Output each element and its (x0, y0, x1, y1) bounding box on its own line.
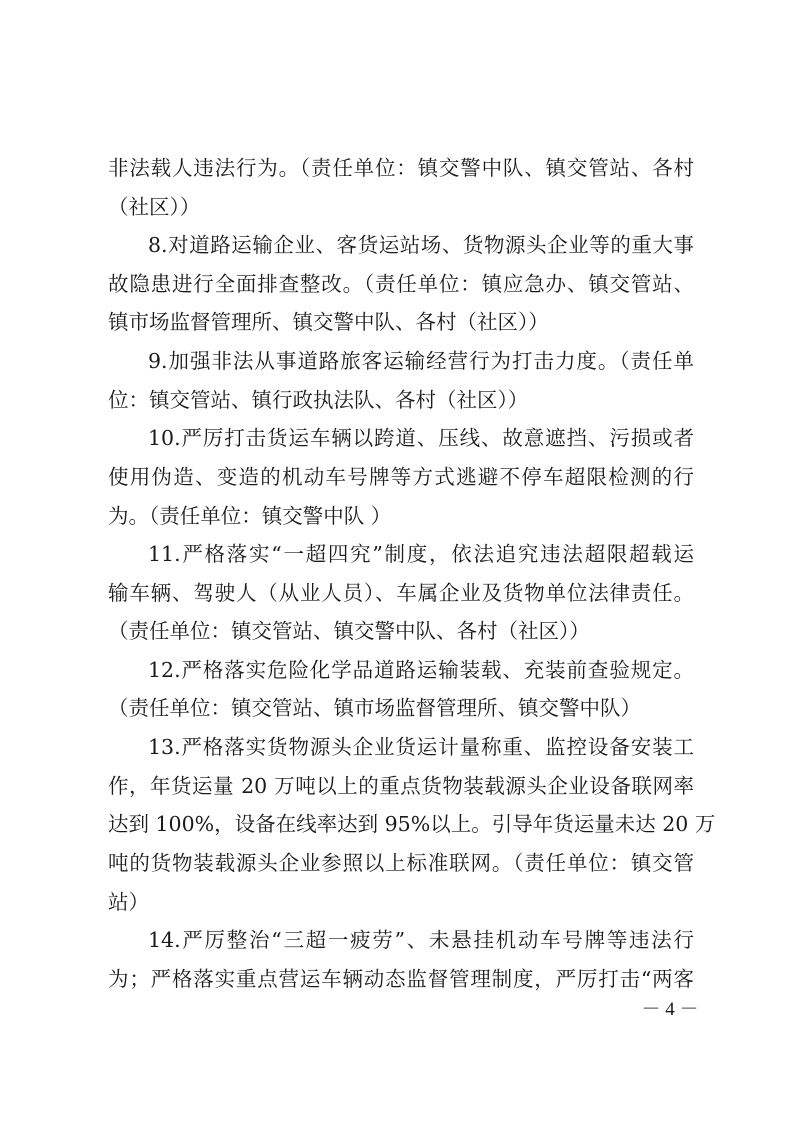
text-line: 输车辆、驾驶人（从业人员）、车属企业及货物单位法律责任。 (108, 578, 694, 608)
paragraph-13-start: 13.严格落实货物源头企业货运计量称重、监控设备安装工 (148, 732, 694, 762)
text-line: 位：镇交管站、镇行政执法队、各村（社区）） (108, 385, 694, 415)
paragraph-9-start: 9.加强非法从事道路旅客运输经营行为打击力度。（责任单 (148, 346, 694, 376)
text-line: 为；严格落实重点营运车辆动态监督管理制度，严厉打击“两客 (108, 964, 694, 994)
text-line: 站） (108, 887, 694, 917)
text-line: 故隐患进行全面排查整改。（责任单位：镇应急办、镇交管站、 (108, 269, 694, 299)
text-line: （责任单位：镇交管站、镇市场监督管理所、镇交警中队） (108, 693, 694, 723)
paragraph-10-start: 10.严厉打击货运车辆以跨道、压线、故意遮挡、污损或者 (148, 423, 694, 453)
document-page: 非法载人违法行为。（责任单位：镇交警中队、镇交管站、各村 （社区）） 8.对道路… (0, 0, 793, 1122)
paragraph-14-start: 14.严厉整治“三超一疲劳”、未悬挂机动车号牌等违法行 (148, 925, 694, 955)
text-line: 达到 100%，设备在线率达到 95%以上。引导年货运量未达 20 万 (108, 809, 694, 839)
paragraph-12-start: 12.严格落实危险化学品道路运输装载、充装前查验规定。 (148, 655, 694, 685)
text-line: （社区）） (108, 192, 694, 222)
text-line: 非法载人违法行为。（责任单位：镇交警中队、镇交管站、各村 (108, 153, 694, 183)
text-line: （责任单位：镇交管站、镇交警中队、各村（社区）） (108, 616, 694, 646)
paragraph-8-start: 8.对道路运输企业、客货运站场、货物源头企业等的重大事 (148, 230, 694, 260)
text-line: 吨的货物装载源头企业参照以上标准联网。（责任单位：镇交管 (108, 848, 694, 878)
page-number: － 4 － (640, 996, 700, 1024)
text-line: 使用伪造、变造的机动车号牌等方式逃避不停车超限检测的行 (108, 462, 694, 492)
text-line: 为。（责任单位：镇交警中队 ） (108, 501, 694, 531)
paragraph-11-start: 11.严格落实“一超四究”制度，依法追究违法超限超载运 (148, 539, 694, 569)
text-line: 镇市场监督管理所、镇交警中队、各村（社区）） (108, 307, 694, 337)
text-line: 作，年货运量 20 万吨以上的重点货物装载源头企业设备联网率 (108, 771, 694, 801)
